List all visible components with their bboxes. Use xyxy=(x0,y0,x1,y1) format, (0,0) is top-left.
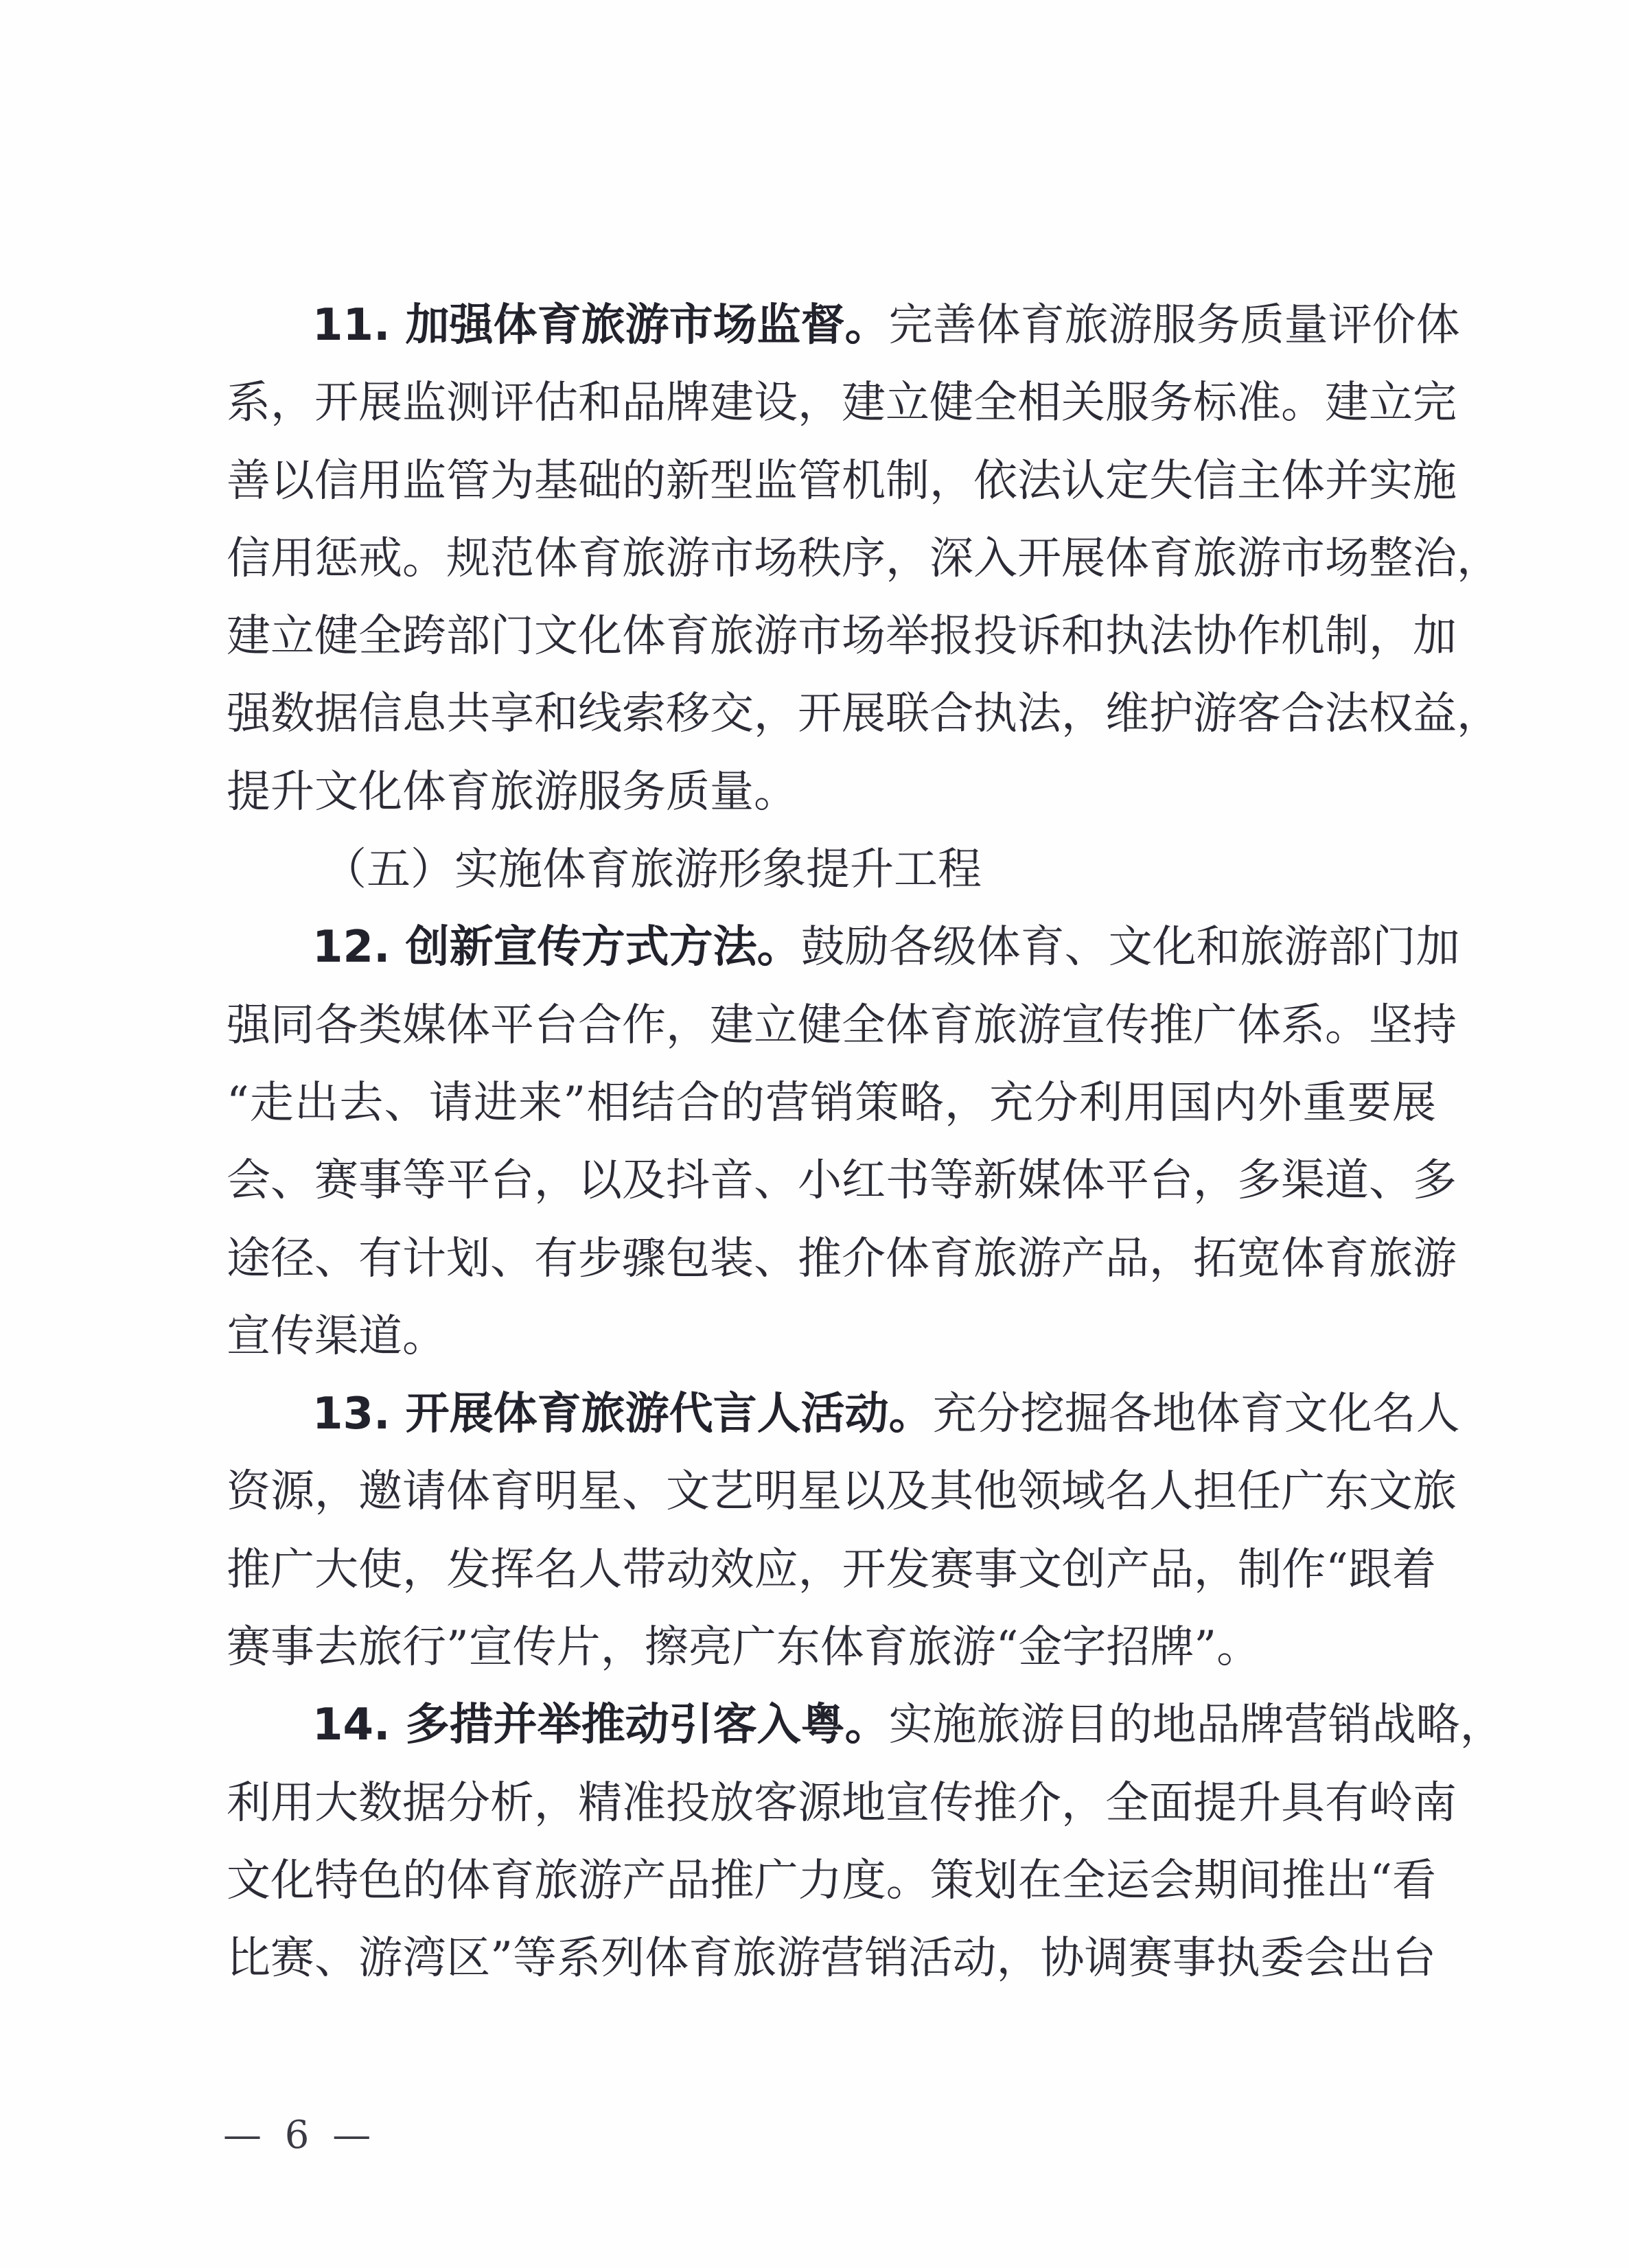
paragraph-item-12-line-1: 12. 创新宣传方式方法。鼓励各级体育、文化和旅游部门加 xyxy=(227,909,1436,986)
paragraph-line: 强同各类媒体平台合作，建立健全体育旅游宣传推广体系。坚持 xyxy=(227,987,1436,1065)
paragraph-line: 善以信用监管为基础的新型监管机制，依法认定失信主体并实施 xyxy=(227,443,1436,520)
paragraph-line: 会、赛事等平台，以及抖音、小红书等新媒体平台，多渠道、多 xyxy=(227,1142,1436,1220)
paragraph-line: 赛事去旅行”宣传片，擦亮广东体育旅游“金字招牌”。 xyxy=(227,1609,1436,1687)
item-11-text: 完善体育旅游服务质量评价体 xyxy=(889,300,1460,351)
paragraph-line: 文化特色的体育旅游产品推广力度。策划在全运会期间推出“看 xyxy=(227,1842,1436,1920)
paragraph-item-11-line-1: 11. 加强体育旅游市场监督。完善体育旅游服务质量评价体 xyxy=(227,287,1436,364)
paragraph-line: “走出去、请进来”相结合的营销策略，充分利用国内外重要展 xyxy=(227,1065,1436,1142)
paragraph-line: 途径、有计划、有步骤包装、推介体育旅游产品，拓宽体育旅游 xyxy=(227,1220,1436,1298)
item-12-heading: 12. 创新宣传方式方法。 xyxy=(312,922,801,973)
paragraph-item-14-line-1: 14. 多措并举推动引客入粤。实施旅游目的地品牌营销战略， xyxy=(227,1687,1436,1764)
item-13-text: 充分挖掘各地体育文化名人 xyxy=(933,1389,1460,1439)
body-text: 11. 加强体育旅游市场监督。完善体育旅游服务质量评价体 系，开展监测评估和品牌… xyxy=(227,287,1436,1998)
page-number: — 6 — xyxy=(223,2113,376,2157)
paragraph-item-13-line-1: 13. 开展体育旅游代言人活动。充分挖掘各地体育文化名人 xyxy=(227,1376,1436,1453)
paragraph-line: 系，开展监测评估和品牌建设，建立健全相关服务标准。建立完 xyxy=(227,364,1436,442)
item-11-heading: 11. 加强体育旅游市场监督。 xyxy=(312,300,889,351)
item-14-heading: 14. 多措并举推动引客入粤。 xyxy=(312,1700,889,1750)
paragraph-line: 建立健全跨部门文化体育旅游市场举报投诉和执法协作机制，加 xyxy=(227,598,1436,675)
item-13-heading: 13. 开展体育旅游代言人活动。 xyxy=(312,1389,933,1439)
paragraph-line: 宣传渠道。 xyxy=(227,1298,1436,1376)
paragraph-line: 资源，邀请体育明星、文艺明星以及其他领域名人担任广东文旅 xyxy=(227,1453,1436,1531)
paragraph-line: 比赛、游湾区”等系列体育旅游营销活动，协调赛事执委会出台 xyxy=(227,1920,1436,1998)
paragraph-line: 利用大数据分析，精准投放客源地宣传推介，全面提升具有岭南 xyxy=(227,1765,1436,1842)
paragraph-line: 提升文化体育旅游服务质量。 xyxy=(227,754,1436,831)
paragraph-line: 强数据信息共享和线索移交，开展联合执法，维护游客合法权益， xyxy=(227,675,1436,753)
paragraph-line: 信用惩戒。规范体育旅游市场秩序，深入开展体育旅游市场整治， xyxy=(227,520,1436,598)
item-12-text: 鼓励各级体育、文化和旅游部门加 xyxy=(801,922,1460,973)
document-page: 11. 加强体育旅游市场监督。完善体育旅游服务质量评价体 系，开展监测评估和品牌… xyxy=(0,0,1629,2268)
paragraph-line: 推广大使，发挥名人带动效应，开发赛事文创产品，制作“跟着 xyxy=(227,1531,1436,1609)
item-14-text: 实施旅游目的地品牌营销战略， xyxy=(889,1700,1504,1750)
section-title: （五）实施体育旅游形象提升工程 xyxy=(227,831,1436,909)
